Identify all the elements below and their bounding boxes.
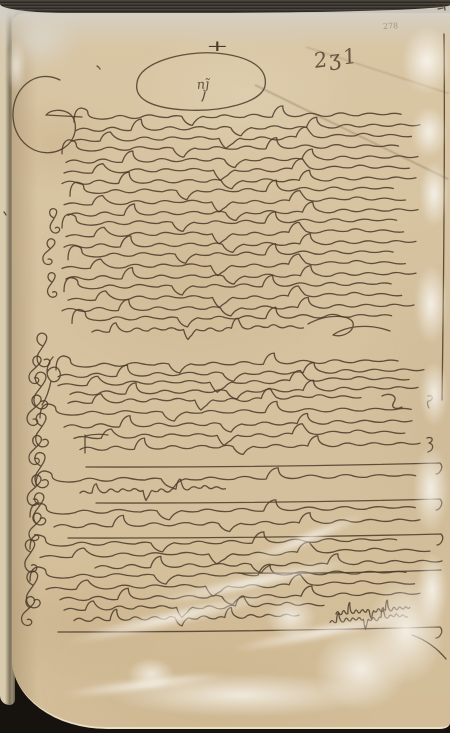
paraph-mark <box>31 452 49 489</box>
handwriting-line <box>66 222 404 245</box>
handwriting-line <box>40 400 411 422</box>
handwriting-line <box>62 137 399 158</box>
paraph-mark <box>21 596 35 626</box>
flourish-stroke <box>427 438 433 452</box>
flourish-stroke <box>442 34 444 400</box>
handwriting-line <box>64 190 406 213</box>
folio-number: 2ʒ1 <box>314 43 359 73</box>
oval-monogram: nȷ̃ <box>196 77 211 93</box>
handwriting-line <box>62 297 414 317</box>
flourish-stroke <box>13 76 82 152</box>
flourish-stroke <box>4 212 6 215</box>
handwriting-line <box>36 467 416 489</box>
flourish-stroke <box>412 635 446 659</box>
handwriting-line <box>68 285 402 308</box>
handwriting-line <box>92 318 304 340</box>
stamp-number: 278 <box>383 21 399 31</box>
paraph-mark <box>34 333 51 368</box>
flourish-stroke <box>308 316 390 335</box>
handwriting-line <box>80 479 226 501</box>
flourish-stroke <box>97 66 100 69</box>
flourish-stroke <box>202 92 205 101</box>
flourish-stroke <box>382 394 402 408</box>
handwriting-line <box>74 105 401 126</box>
paraph-mark <box>46 272 58 297</box>
paraph-mark <box>47 208 60 234</box>
handwriting-line <box>62 170 416 190</box>
paraph-mark <box>26 474 41 506</box>
entry-rule <box>86 463 442 474</box>
handwriting-line <box>70 379 418 400</box>
manuscript-scan: + nȷ̃ 2ʒ1 278 <box>0 0 450 733</box>
flourish-stroke <box>428 396 433 408</box>
corner-mark <box>437 4 445 10</box>
handwriting-line <box>68 243 393 264</box>
handwriting-line <box>74 423 405 446</box>
handwriting-line <box>56 352 398 374</box>
paraph-mark <box>42 238 55 265</box>
handwriting-line <box>62 254 405 277</box>
